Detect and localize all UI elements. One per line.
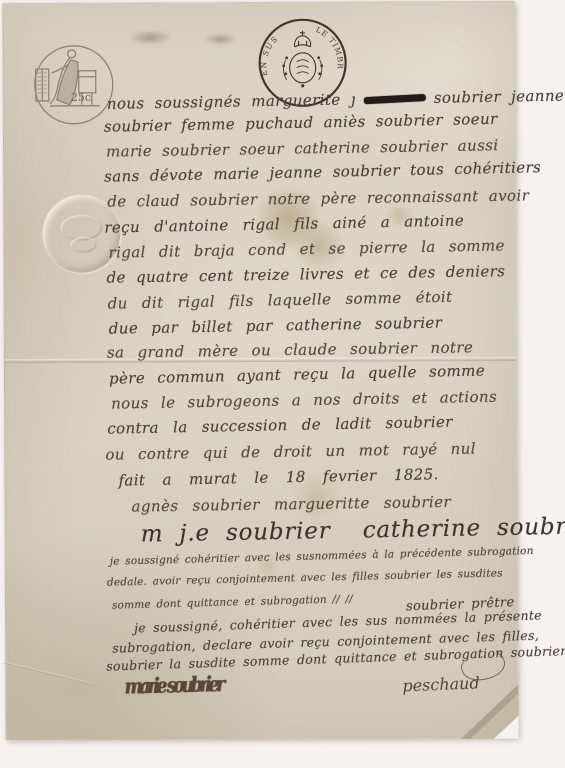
manuscript-line: nous le subrogeons a nos droits et actio… [111,390,497,412]
manuscript-line: père commun ayant reçu la quelle somme [109,363,485,386]
manuscript-text: nous soussignés marguerite ȷ [107,92,356,112]
manuscript-date-line: fait a murat le 18 fevrier 1825. [118,467,439,488]
manuscript-line: contra la succession de ladit soubrier [107,415,453,437]
manuscript-line: de quatre cent treize livres et ce des d… [106,264,505,286]
attestation-line: somme dont quittance et subrogation ∕∕ ∕… [112,594,353,611]
manuscript-text: soubrier jeanne [434,88,565,105]
fold-crease [3,661,91,684]
embossed-seal-device [70,237,96,253]
revenue-stamp-value: 25c [71,91,91,104]
bleedthrough-smudge [128,29,174,45]
overwritten-scrawl: marie soubrier [124,671,222,698]
attestation-line: je soussigné cohéritier avec les susnomm… [110,546,534,567]
manuscript-line: du dit rigal fils laquelle somme étoit [108,290,453,312]
large-signature-line: m j.e soubrier catherine soubrier [141,515,565,546]
signature-line: agnès soubrier margueritte soubrier [131,495,451,515]
manuscript-line: de claud soubrier notre père reconnaissa… [107,188,529,209]
manuscript-line: ou contre qui de droit un mot rayé nul [105,442,476,463]
attestation-line: dedale. avoir reçu conjointement avec le… [107,568,503,588]
handstamp-arc-left-text: EN SUS [259,34,280,77]
scanner-background: 25c [0,0,565,768]
manuscript-line: due par billet par catherine soubrier [109,316,443,337]
revenue-stamp-icon: 25c [32,43,116,127]
manuscript-line: reçu d'antoine rigal fils ainé a antoine [104,213,464,235]
notary-signature: peschaud [402,673,480,695]
svg-text:EN SUS: EN SUS [259,34,280,77]
manuscript-line: soubrier femme puchaud aniès soubrier so… [104,112,498,135]
manuscript-line: marie soubrier soeur catherine soubrier … [106,138,499,160]
manuscript-line: sans dévote marie jeanne soubrier tous c… [104,160,541,185]
ink-blot [364,94,426,104]
manuscript-line: nous soussignés marguerite ȷ soubrier je… [107,88,565,111]
paper-sheet: 25c [2,1,517,740]
bleedthrough-smudge [204,33,238,45]
manuscript-line: rigal dit braja cond et se pierre la som… [108,238,505,260]
